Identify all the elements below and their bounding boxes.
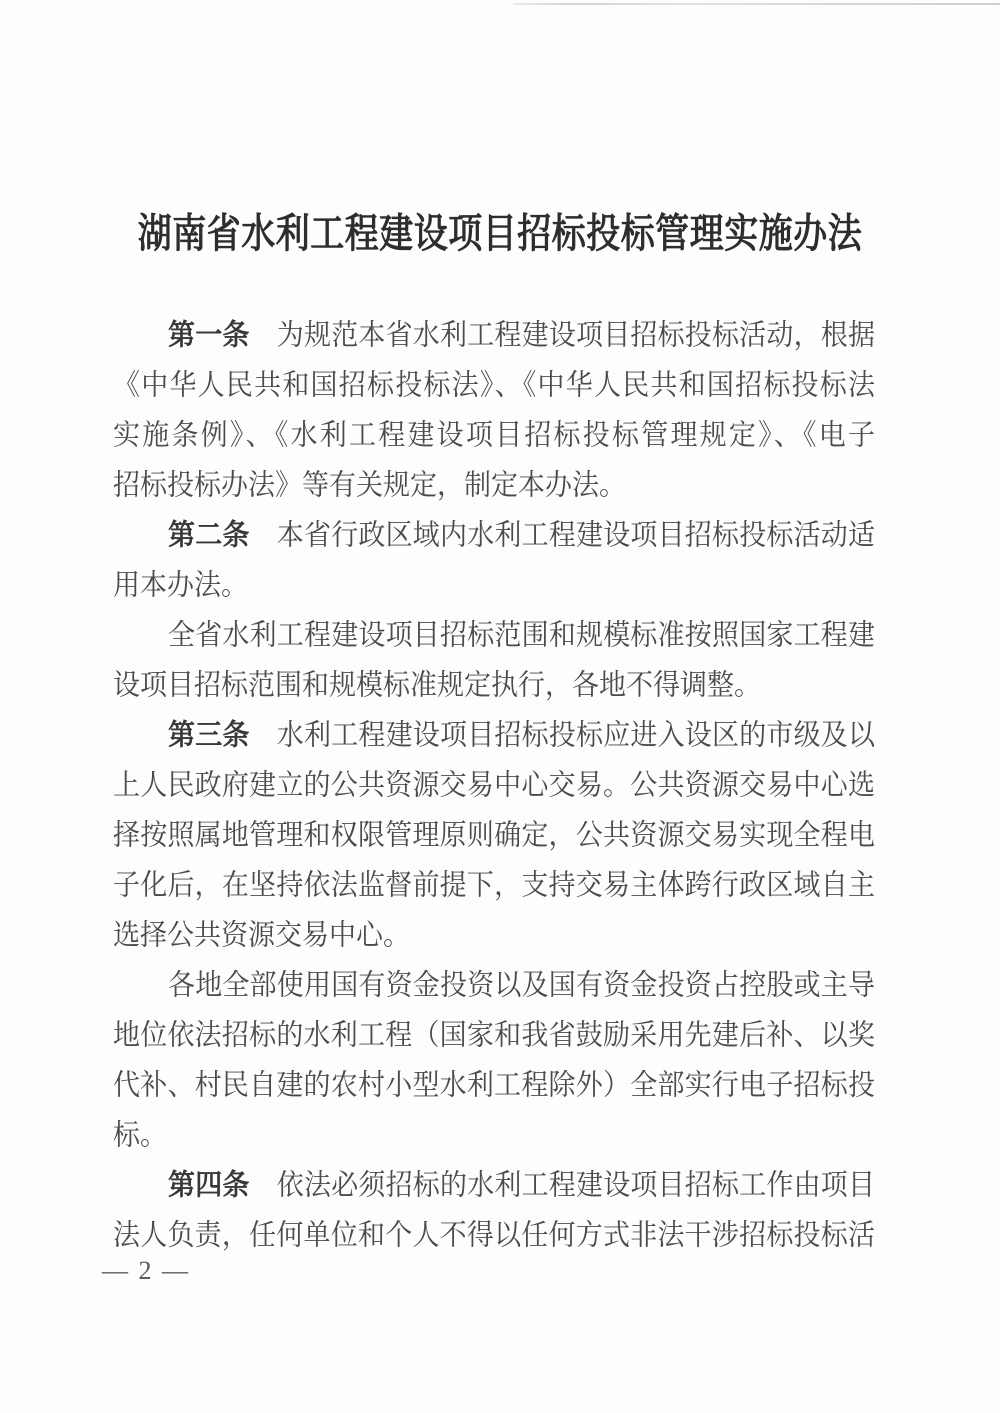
line-text: 依法必须招标的水利工程建设项目招标工作由项目	[250, 1169, 875, 1201]
scan-artifact-line	[513, 3, 1000, 5]
line-text: 实施条例》、《水利工程建设项目招标投标管理规定》、《电子	[113, 419, 875, 451]
page-number: — 2 —	[102, 1256, 190, 1286]
text-line: 选择公共资源交易中心。	[113, 908, 875, 962]
line-text: 上人民政府建立的公共资源交易中心交易。公共资源交易中心选	[113, 769, 875, 801]
text-line: 各地全部使用国有资金投资以及国有资金投资占控股或主导	[113, 958, 875, 1012]
line-text: 地位依法招标的水利工程（国家和我省鼓励采用先建后补、以奖	[113, 1019, 875, 1051]
line-text: 招标投标办法》等有关规定，制定本办法。	[113, 469, 626, 501]
text-line: 全省水利工程建设项目招标范围和规模标准按照国家工程建	[113, 608, 875, 662]
article-number-label: 第二条	[168, 519, 250, 551]
text-line: 上人民政府建立的公共资源交易中心交易。公共资源交易中心选	[113, 758, 875, 812]
text-line: 第四条 依法必须招标的水利工程建设项目招标工作由项目	[113, 1158, 875, 1212]
text-line: 地位依法招标的水利工程（国家和我省鼓励采用先建后补、以奖	[113, 1008, 875, 1062]
line-text: 《中华人民共和国招标投标法》、《中华人民共和国招标投标法	[113, 369, 875, 401]
text-line: 代补、村民自建的农村小型水利工程除外）全部实行电子招标投	[113, 1058, 875, 1112]
text-line: 第二条 本省行政区域内水利工程建设项目招标投标活动适	[113, 508, 875, 562]
text-line: 第一条 为规范本省水利工程建设项目招标投标活动，根据	[113, 308, 875, 362]
article-number-label: 第一条	[168, 319, 250, 351]
line-text: 代补、村民自建的农村小型水利工程除外）全部实行电子招标投	[113, 1069, 875, 1101]
line-text: 子化后，在坚持依法监督前提下，支持交易主体跨行政区域自主	[113, 869, 875, 901]
text-line: 招标投标办法》等有关规定，制定本办法。	[113, 458, 875, 512]
text-line: 实施条例》、《水利工程建设项目招标投标管理规定》、《电子	[113, 408, 875, 462]
line-text: 法人负责，任何单位和个人不得以任何方式非法干涉招标投标活	[113, 1219, 875, 1251]
text-line: 法人负责，任何单位和个人不得以任何方式非法干涉招标投标活	[113, 1208, 875, 1262]
line-text: 各地全部使用国有资金投资以及国有资金投资占控股或主导	[168, 969, 875, 1001]
article-number-label: 第三条	[168, 719, 250, 751]
line-text: 用本办法。	[113, 569, 248, 601]
line-text: 设项目招标范围和规模标准规定执行，各地不得调整。	[113, 669, 761, 701]
line-text: 水利工程建设项目招标投标应进入设区的市级及以	[250, 719, 875, 751]
document-title: 湖南省水利工程建设项目招标投标管理实施办法	[0, 201, 1000, 259]
text-line: 择按照属地管理和权限管理原则确定，公共资源交易实现全程电	[113, 808, 875, 862]
line-text: 标。	[113, 1119, 167, 1151]
article-number-label: 第四条	[168, 1169, 250, 1201]
document-body: 第一条 为规范本省水利工程建设项目招标投标活动，根据 《中华人民共和国招标投标法…	[113, 310, 875, 1260]
text-line: 第三条 水利工程建设项目招标投标应进入设区的市级及以	[113, 708, 875, 762]
line-text: 择按照属地管理和权限管理原则确定，公共资源交易实现全程电	[113, 819, 875, 851]
text-line: 标。	[113, 1108, 875, 1162]
line-text: 本省行政区域内水利工程建设项目招标投标活动适	[250, 519, 875, 551]
text-line: 设项目招标范围和规模标准规定执行，各地不得调整。	[113, 658, 875, 712]
text-line: 用本办法。	[113, 558, 875, 612]
scanned-document-page: 湖南省水利工程建设项目招标投标管理实施办法 第一条 为规范本省水利工程建设项目招…	[0, 0, 1000, 1413]
line-text: 选择公共资源交易中心。	[113, 919, 410, 951]
text-line: 子化后，在坚持依法监督前提下，支持交易主体跨行政区域自主	[113, 858, 875, 912]
line-text: 为规范本省水利工程建设项目招标投标活动，根据	[250, 319, 875, 351]
text-line: 《中华人民共和国招标投标法》、《中华人民共和国招标投标法	[113, 358, 875, 412]
line-text: 全省水利工程建设项目招标范围和规模标准按照国家工程建	[168, 619, 875, 651]
